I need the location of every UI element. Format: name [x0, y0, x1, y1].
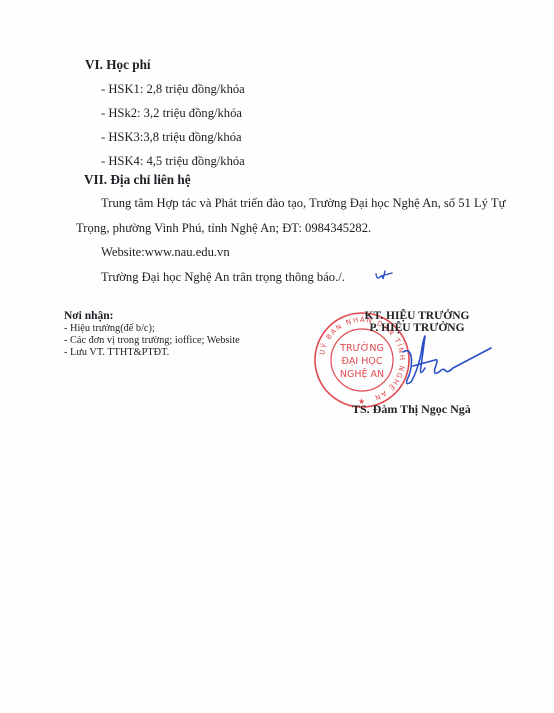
- recipient-item: - Lưu VT. TTHT&PTĐT.: [64, 347, 169, 359]
- stamp-line: TRƯỜNG: [339, 342, 384, 354]
- fee-item: - HSK3:3,8 triệu đồng/khóa: [101, 130, 242, 145]
- fees-heading: VI. Học phí: [85, 57, 151, 73]
- recipients-heading: Nơi nhận:: [64, 310, 114, 322]
- fee-item: - HSk2: 3,2 triệu đồng/khóa: [101, 106, 242, 121]
- recipient-item: - Các đơn vị trong trường; ioffice; Webs…: [64, 335, 240, 347]
- stamp-line: NGHỆ AN: [340, 368, 384, 380]
- handwritten-signature-icon: [395, 322, 495, 392]
- signatory-name: TS. Đàm Thị Ngọc Ngà: [352, 402, 471, 417]
- contact-line-1: Trung tâm Hợp tác và Phát triển đào tạo,…: [101, 196, 505, 211]
- signature-title-1: KT. HIỆU TRƯỞNG: [352, 310, 482, 322]
- document-page: VI. Học phí - HSK1: 2,8 triệu đồng/khóa …: [0, 0, 554, 713]
- fee-item: - HSK1: 2,8 triệu đồng/khóa: [101, 82, 245, 97]
- contact-line-2: Trọng, phường Vinh Phú, tỉnh Nghệ An; ĐT…: [76, 221, 371, 236]
- stamp-line: ĐẠI HỌC: [342, 356, 383, 367]
- contact-heading: VII. Địa chỉ liên hệ: [84, 172, 191, 188]
- closing-line: Trường Đại học Nghệ An trân trọng thông …: [101, 270, 345, 285]
- fee-item: - HSK4: 4,5 triệu đồng/khóa: [101, 154, 245, 169]
- recipient-item: - Hiệu trưởng(để b/c);: [64, 323, 155, 335]
- initial-mark-icon: [374, 268, 396, 284]
- contact-website: Website:www.nau.edu.vn: [101, 245, 230, 260]
